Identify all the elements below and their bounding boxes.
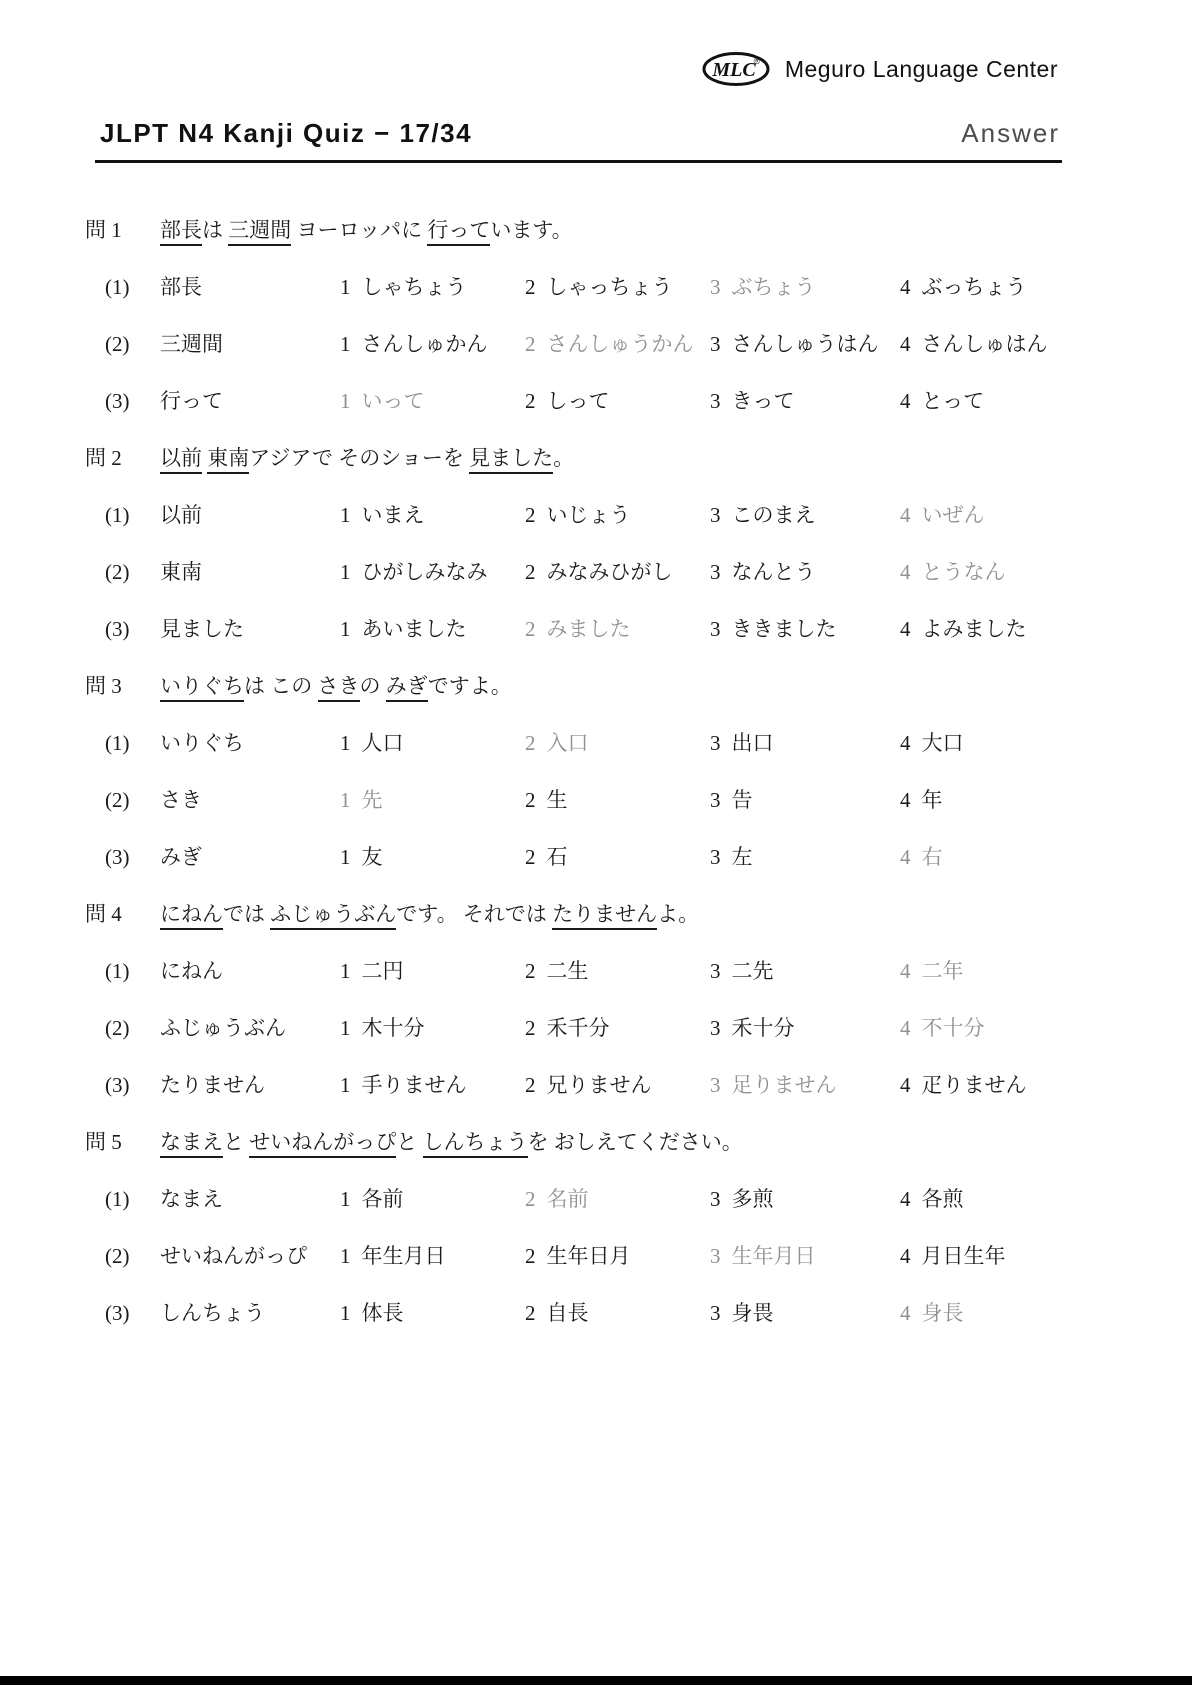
sentence-segment: の — [360, 674, 386, 698]
answer-option: 2石 — [525, 845, 710, 869]
option-number: 2 — [525, 959, 536, 983]
option-number: 3 — [710, 503, 721, 527]
answer-option-correct: 4身長 — [900, 1301, 1192, 1325]
sentence-segment: では — [223, 902, 270, 926]
option-number: 4 — [900, 731, 911, 755]
option-text: 体長 — [362, 1301, 404, 1325]
option-number: 4 — [900, 1073, 911, 1097]
answer-option: 2しゃっちょう — [525, 275, 710, 299]
answer-option-correct: 3足りません — [710, 1073, 900, 1097]
question-header: 問 5なまえと せいねんがっぴと しんちょうを おしえてください。 — [0, 1130, 1192, 1154]
option-number: 4 — [900, 1016, 911, 1040]
option-number: 1 — [340, 959, 351, 983]
quiz-row: (2)さき1先2生3告4年 — [0, 788, 1192, 812]
option-text: 木十分 — [362, 1016, 425, 1040]
option-number: 1 — [340, 617, 351, 641]
row-number: (3) — [105, 1301, 160, 1325]
underlined-word: なまえ — [160, 1130, 223, 1158]
answer-option: 3ききました — [710, 617, 900, 641]
quiz-row: (2)せいねんがっぴ1年生月日2生年日月3生年月日4月日生年 — [0, 1244, 1192, 1268]
answer-label: Answer — [961, 118, 1060, 149]
option-number: 2 — [525, 1301, 536, 1325]
sentence-segment: は — [202, 218, 228, 242]
sentence-segment: です。 それでは — [396, 902, 552, 926]
sentence-segment: よ。 — [657, 902, 699, 926]
option-number: 4 — [900, 560, 911, 584]
title-divider — [95, 160, 1062, 163]
option-number: 4 — [900, 845, 911, 869]
title-row: JLPT N4 Kanji Quiz − 17/34 Answer — [100, 118, 1060, 149]
answer-option: 4さんしゅはん — [900, 332, 1192, 356]
option-text: よみました — [922, 617, 1027, 641]
target-word: さき — [160, 788, 340, 812]
brand-header: MLC ® Meguro Language Center — [701, 50, 1058, 88]
option-number: 2 — [525, 332, 536, 356]
sentence-segment: と — [396, 1130, 422, 1154]
underlined-word: 見ました — [469, 446, 553, 474]
answer-option: 4大口 — [900, 731, 1192, 755]
option-number: 3 — [710, 332, 721, 356]
option-number: 2 — [525, 389, 536, 413]
answer-option-correct: 4いぜん — [900, 503, 1192, 527]
option-text: 二生 — [547, 959, 589, 983]
sentence-segment: ですよ。 — [428, 674, 512, 698]
answer-option: 3出口 — [710, 731, 900, 755]
option-text: 告 — [732, 788, 753, 812]
option-text: 二円 — [362, 959, 404, 983]
quiz-row: (1)以前1いまえ2いじょう3このまえ4いぜん — [0, 503, 1192, 527]
answer-option: 3さんしゅうはん — [710, 332, 900, 356]
answer-option: 1さんしゅかん — [340, 332, 525, 356]
option-number: 4 — [900, 503, 911, 527]
option-number: 2 — [525, 617, 536, 641]
svg-text:®: ® — [754, 56, 761, 66]
option-number: 3 — [710, 389, 721, 413]
target-word: ふじゅうぶん — [160, 1016, 340, 1040]
option-text: ひがしみなみ — [362, 560, 488, 584]
sentence-segment: を おしえてください。 — [528, 1130, 743, 1154]
answer-option: 1人口 — [340, 731, 525, 755]
quiz-row: (2)三週間1さんしゅかん2さんしゅうかん3さんしゅうはん4さんしゅはん — [0, 332, 1192, 356]
option-text: ききました — [732, 617, 837, 641]
answer-option: 3このまえ — [710, 503, 900, 527]
underlined-word: 三週間 — [228, 218, 291, 246]
option-number: 2 — [525, 503, 536, 527]
quiz-row: (3)みぎ1友2石3左4右 — [0, 845, 1192, 869]
answer-option: 1年生月日 — [340, 1244, 525, 1268]
option-number: 3 — [710, 1301, 721, 1325]
sentence-segment: ヨーロッパに — [291, 218, 427, 242]
answer-option: 3禾十分 — [710, 1016, 900, 1040]
answer-option: 2二生 — [525, 959, 710, 983]
option-number: 3 — [710, 275, 721, 299]
target-word: 行って — [160, 389, 340, 413]
answer-option: 4よみました — [900, 617, 1192, 641]
question-label: 問 3 — [85, 674, 160, 698]
option-text: 不十分 — [922, 1016, 985, 1040]
option-number: 3 — [710, 1016, 721, 1040]
option-number: 4 — [900, 617, 911, 641]
answer-option-correct: 3生年月日 — [710, 1244, 900, 1268]
question-header: 問 2以前 東南アジアで そのショーを 見ました。 — [0, 446, 1192, 470]
row-number: (1) — [105, 959, 160, 983]
option-text: 身畏 — [732, 1301, 774, 1325]
row-number: (2) — [105, 1244, 160, 1268]
option-text: しゃちょう — [362, 275, 467, 299]
option-text: いぜん — [922, 503, 985, 527]
option-text: 月日生年 — [922, 1244, 1006, 1268]
row-number: (2) — [105, 1016, 160, 1040]
question-label: 問 2 — [85, 446, 160, 470]
underlined-word: さき — [318, 674, 360, 702]
answer-option: 1ひがしみなみ — [340, 560, 525, 584]
answer-option: 1体長 — [340, 1301, 525, 1325]
option-text: さんしゅうはん — [732, 332, 879, 356]
underlined-word: しんちょう — [423, 1130, 528, 1158]
option-number: 3 — [710, 1187, 721, 1211]
answer-option: 4疋りません — [900, 1073, 1192, 1097]
question-sentence: にねんでは ふじゅうぶんです。 それでは たりませんよ。 — [160, 902, 699, 926]
question-block: 問 3いりぐちは この さきの みぎですよ。(1)いりぐち1人口2入口3出口4大… — [0, 674, 1192, 869]
option-number: 4 — [900, 959, 911, 983]
answer-option-correct: 4不十分 — [900, 1016, 1192, 1040]
option-text: さんしゅはん — [922, 332, 1048, 356]
question-sentence: いりぐちは この さきの みぎですよ。 — [160, 674, 512, 698]
question-block: 問 5なまえと せいねんがっぴと しんちょうを おしえてください。(1)なまえ1… — [0, 1130, 1192, 1325]
answer-option-correct: 1いって — [340, 389, 525, 413]
answer-option: 2兄りません — [525, 1073, 710, 1097]
option-number: 3 — [710, 959, 721, 983]
target-word: 見ました — [160, 617, 340, 641]
underlined-word: 以前 — [160, 446, 202, 474]
sentence-segment: は この — [244, 674, 318, 698]
option-text: 入口 — [547, 731, 589, 755]
option-text: いじょう — [547, 503, 631, 527]
answer-option: 2いじょう — [525, 503, 710, 527]
option-number: 2 — [525, 1187, 536, 1211]
answer-option: 2禾千分 — [525, 1016, 710, 1040]
option-text: 多煎 — [732, 1187, 774, 1211]
row-number: (3) — [105, 845, 160, 869]
underlined-word: 行って — [427, 218, 490, 246]
option-number: 3 — [710, 617, 721, 641]
option-number: 3 — [710, 731, 721, 755]
answer-option: 1木十分 — [340, 1016, 525, 1040]
option-number: 2 — [525, 788, 536, 812]
target-word: しんちょう — [160, 1301, 340, 1325]
option-number: 4 — [900, 332, 911, 356]
option-text: 足りません — [732, 1073, 837, 1097]
question-label: 問 4 — [85, 902, 160, 926]
option-text: 禾十分 — [732, 1016, 795, 1040]
underlined-word: ふじゅうぶん — [270, 902, 396, 930]
quiz-row: (3)しんちょう1体長2自長3身畏4身長 — [0, 1301, 1192, 1325]
quiz-row: (3)行って1いって2しって3きって4とって — [0, 389, 1192, 413]
option-text: 右 — [922, 845, 943, 869]
option-text: あいました — [362, 617, 467, 641]
option-number: 3 — [710, 788, 721, 812]
option-number: 2 — [525, 1016, 536, 1040]
option-text: みました — [547, 617, 631, 641]
answer-option-correct: 4とうなん — [900, 560, 1192, 584]
answer-option-correct: 2入口 — [525, 731, 710, 755]
option-number: 2 — [525, 731, 536, 755]
row-number: (2) — [105, 332, 160, 356]
option-text: 年 — [922, 788, 943, 812]
question-sentence: 以前 東南アジアで そのショーを 見ました。 — [160, 446, 574, 470]
option-text: 名前 — [547, 1187, 589, 1211]
quiz-page: MLC ® Meguro Language Center JLPT N4 Kan… — [0, 0, 1192, 1685]
row-number: (2) — [105, 788, 160, 812]
option-text: さんしゅかん — [362, 332, 488, 356]
option-number: 4 — [900, 275, 911, 299]
question-block: 問 4にねんでは ふじゅうぶんです。 それでは たりませんよ。(1)にねん1二円… — [0, 902, 1192, 1097]
quiz-row: (1)にねん1二円2二生3二先4二年 — [0, 959, 1192, 983]
option-number: 1 — [340, 731, 351, 755]
question-sentence: なまえと せいねんがっぴと しんちょうを おしえてください。 — [160, 1130, 743, 1154]
question-sentence: 部長は 三週間 ヨーロッパに 行っています。 — [160, 218, 573, 242]
target-word: 部長 — [160, 275, 340, 299]
option-number: 1 — [340, 1301, 351, 1325]
question-header: 問 3いりぐちは この さきの みぎですよ。 — [0, 674, 1192, 698]
answer-option: 4とって — [900, 389, 1192, 413]
answer-option: 1あいました — [340, 617, 525, 641]
answer-option: 4ぶっちょう — [900, 275, 1192, 299]
option-number: 2 — [525, 1073, 536, 1097]
underlined-word: せいねんがっぴ — [249, 1130, 396, 1158]
answer-option: 2生 — [525, 788, 710, 812]
option-text: 兄りません — [547, 1073, 652, 1097]
answer-option: 3多煎 — [710, 1187, 900, 1211]
option-text: 生年日月 — [547, 1244, 631, 1268]
mlc-logo-icon: MLC ® — [701, 50, 771, 88]
quiz-row: (3)たりません1手りません2兄りません3足りません4疋りません — [0, 1073, 1192, 1097]
quiz-row: (2)東南1ひがしみなみ2みなみひがし3なんとう4とうなん — [0, 560, 1192, 584]
footer-bar — [0, 1676, 1192, 1685]
answer-option-correct: 2さんしゅうかん — [525, 332, 710, 356]
option-text: 左 — [732, 845, 753, 869]
option-number: 4 — [900, 1187, 911, 1211]
option-text: きって — [732, 389, 795, 413]
option-text: 自長 — [547, 1301, 589, 1325]
option-text: ぶちょう — [732, 275, 816, 299]
option-text: みなみひがし — [547, 560, 673, 584]
answer-option-correct: 2名前 — [525, 1187, 710, 1211]
question-label: 問 5 — [85, 1130, 160, 1154]
option-number: 1 — [340, 788, 351, 812]
option-text: 友 — [362, 845, 383, 869]
row-number: (1) — [105, 731, 160, 755]
option-number: 2 — [525, 275, 536, 299]
target-word: にねん — [160, 959, 340, 983]
question-header: 問 1部長は 三週間 ヨーロッパに 行っています。 — [0, 218, 1192, 242]
answer-option: 3告 — [710, 788, 900, 812]
option-text: さんしゅうかん — [547, 332, 694, 356]
answer-option: 1しゃちょう — [340, 275, 525, 299]
target-word: いりぐち — [160, 731, 340, 755]
row-number: (1) — [105, 1187, 160, 1211]
answer-option: 3二先 — [710, 959, 900, 983]
option-text: 身長 — [922, 1301, 964, 1325]
row-number: (1) — [105, 503, 160, 527]
answer-option: 4月日生年 — [900, 1244, 1192, 1268]
option-text: しゃっちょう — [547, 275, 673, 299]
svg-text:MLC: MLC — [711, 59, 756, 81]
option-number: 1 — [340, 1187, 351, 1211]
question-block: 問 1部長は 三週間 ヨーロッパに 行っています。(1)部長1しゃちょう2しゃっ… — [0, 218, 1192, 413]
answer-option: 1手りません — [340, 1073, 525, 1097]
sentence-segment: アジアで そのショーを — [249, 446, 469, 470]
target-word: せいねんがっぴ — [160, 1244, 340, 1268]
target-word: なまえ — [160, 1187, 340, 1211]
question-block: 問 2以前 東南アジアで そのショーを 見ました。(1)以前1いまえ2いじょう3… — [0, 446, 1192, 641]
option-number: 4 — [900, 389, 911, 413]
sentence-segment: います。 — [490, 218, 572, 242]
option-text: 二先 — [732, 959, 774, 983]
underlined-word: いりぐち — [160, 674, 244, 702]
option-number: 4 — [900, 1244, 911, 1268]
answer-option: 3きって — [710, 389, 900, 413]
answer-option: 1各前 — [340, 1187, 525, 1211]
option-number: 3 — [710, 1073, 721, 1097]
option-number: 1 — [340, 560, 351, 584]
option-text: とうなん — [922, 560, 1006, 584]
option-text: 禾千分 — [547, 1016, 610, 1040]
answer-option-correct: 2みました — [525, 617, 710, 641]
option-text: 先 — [362, 788, 383, 812]
option-number: 1 — [340, 845, 351, 869]
option-number: 3 — [710, 1244, 721, 1268]
option-text: 各前 — [362, 1187, 404, 1211]
answer-option: 4各煎 — [900, 1187, 1192, 1211]
sentence-segment: 。 — [553, 446, 574, 470]
option-number: 3 — [710, 560, 721, 584]
target-word: みぎ — [160, 845, 340, 869]
option-number: 4 — [900, 1301, 911, 1325]
option-number: 3 — [710, 845, 721, 869]
target-word: 三週間 — [160, 332, 340, 356]
option-text: 出口 — [732, 731, 774, 755]
option-text: 疋りません — [922, 1073, 1027, 1097]
option-text: このまえ — [732, 503, 816, 527]
option-number: 1 — [340, 1016, 351, 1040]
row-number: (3) — [105, 617, 160, 641]
option-number: 1 — [340, 1073, 351, 1097]
underlined-word: みぎ — [386, 674, 428, 702]
option-text: とって — [922, 389, 985, 413]
option-number: 1 — [340, 389, 351, 413]
page-title: JLPT N4 Kanji Quiz − 17/34 — [100, 118, 472, 149]
option-number: 2 — [525, 560, 536, 584]
option-text: 年生月日 — [362, 1244, 446, 1268]
row-number: (1) — [105, 275, 160, 299]
underlined-word: 部長 — [160, 218, 202, 246]
option-text: 生 — [547, 788, 568, 812]
quiz-row: (1)部長1しゃちょう2しゃっちょう3ぶちょう4ぶっちょう — [0, 275, 1192, 299]
option-text: 石 — [547, 845, 568, 869]
answer-option: 2生年日月 — [525, 1244, 710, 1268]
option-text: 生年月日 — [732, 1244, 816, 1268]
option-text: 人口 — [362, 731, 404, 755]
target-word: たりません — [160, 1073, 340, 1097]
answer-option-correct: 4右 — [900, 845, 1192, 869]
answer-option: 1二円 — [340, 959, 525, 983]
option-text: いまえ — [362, 503, 425, 527]
option-number: 2 — [525, 845, 536, 869]
underlined-word: 東南 — [207, 446, 249, 474]
option-text: 手りません — [362, 1073, 467, 1097]
answer-option-correct: 1先 — [340, 788, 525, 812]
answer-option: 4年 — [900, 788, 1192, 812]
underlined-word: たりません — [552, 902, 657, 930]
underlined-word: にねん — [160, 902, 223, 930]
answer-option: 3身畏 — [710, 1301, 900, 1325]
option-number: 1 — [340, 332, 351, 356]
quiz-row: (1)いりぐち1人口2入口3出口4大口 — [0, 731, 1192, 755]
quiz-row: (1)なまえ1各前2名前3多煎4各煎 — [0, 1187, 1192, 1211]
quiz-row: (2)ふじゅうぶん1木十分2禾千分3禾十分4不十分 — [0, 1016, 1192, 1040]
option-text: ぶっちょう — [922, 275, 1027, 299]
question-label: 問 1 — [85, 218, 160, 242]
option-text: なんとう — [732, 560, 816, 584]
quiz-row: (3)見ました1あいました2みました3ききました4よみました — [0, 617, 1192, 641]
answer-option: 1いまえ — [340, 503, 525, 527]
option-number: 4 — [900, 788, 911, 812]
answer-option-correct: 4二年 — [900, 959, 1192, 983]
answer-option: 2しって — [525, 389, 710, 413]
answer-option: 3なんとう — [710, 560, 900, 584]
answer-option: 2自長 — [525, 1301, 710, 1325]
sentence-segment: と — [223, 1130, 249, 1154]
target-word: 以前 — [160, 503, 340, 527]
option-text: 二年 — [922, 959, 964, 983]
option-text: 大口 — [922, 731, 964, 755]
answer-option-correct: 3ぶちょう — [710, 275, 900, 299]
row-number: (3) — [105, 389, 160, 413]
target-word: 東南 — [160, 560, 340, 584]
option-number: 1 — [340, 503, 351, 527]
option-text: いって — [362, 389, 425, 413]
answer-option: 1友 — [340, 845, 525, 869]
option-number: 1 — [340, 275, 351, 299]
row-number: (3) — [105, 1073, 160, 1097]
org-name: Meguro Language Center — [785, 56, 1058, 83]
option-text: 各煎 — [922, 1187, 964, 1211]
option-text: しって — [547, 389, 610, 413]
answer-option: 2みなみひがし — [525, 560, 710, 584]
option-number: 2 — [525, 1244, 536, 1268]
question-header: 問 4にねんでは ふじゅうぶんです。 それでは たりませんよ。 — [0, 902, 1192, 926]
row-number: (2) — [105, 560, 160, 584]
quiz-body: 問 1部長は 三週間 ヨーロッパに 行っています。(1)部長1しゃちょう2しゃっ… — [0, 218, 1192, 1358]
answer-option: 3左 — [710, 845, 900, 869]
option-number: 1 — [340, 1244, 351, 1268]
